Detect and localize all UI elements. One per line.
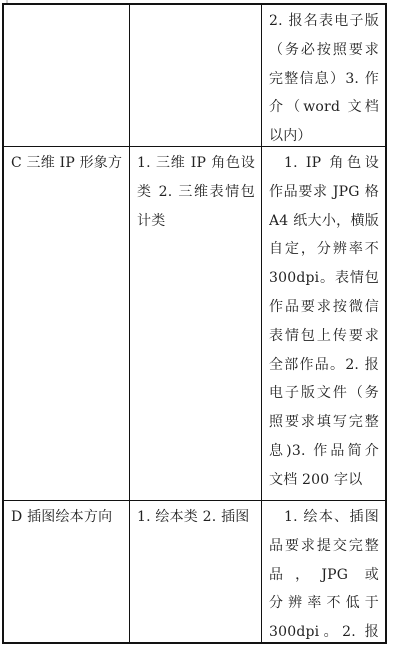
direction-label: C 三维 IP 形象方向: [11, 149, 123, 178]
text-line: 自定，分辨率不低于: [269, 235, 379, 264]
text-line: 作品要求按微信平台: [269, 293, 379, 322]
text-line: 2. 报名表电子版文件: [269, 7, 379, 36]
cell-categories-d: 1. 绘本类 2. 插图类: [130, 501, 262, 642]
text-line: 息)3. 作品简介(word: [269, 437, 379, 466]
text-line: 照要求填写完整信: [269, 408, 379, 437]
cell-direction-d: D 插图绘本方向: [4, 501, 130, 642]
text-line: 品要求提交完整作: [269, 532, 379, 561]
submission-requirements-table: 2. 报名表电子版文件 （务必按照要求填写 完整信息）3. 作品简 介（word…: [2, 3, 387, 644]
cell-requirements-d: 1. 绘本、插图作 品要求提交完整作 品，JPG 或 PNG 格式， 分辨率不低…: [262, 501, 385, 642]
cell-direction-continued: [4, 5, 130, 147]
text-line: 300dpi。2. 报名表电: [269, 618, 379, 642]
text-line: 品，JPG 或 PNG 格式，: [269, 561, 379, 590]
text-line: 全部作品。2. 报名表: [269, 351, 379, 380]
cell-direction-c: C 三维 IP 形象方向: [4, 147, 130, 501]
cell-requirements-c: 1. IP 角色设计 作品要求 JPG 格式， A4 纸大小，横版竖版 自定，分…: [262, 147, 385, 501]
cell-requirements-continued: 2. 报名表电子版文件 （务必按照要求填写 完整信息）3. 作品简 介（word…: [262, 5, 385, 147]
cell-categories-continued: [130, 5, 262, 147]
text-line: 完整信息）3. 作品简: [269, 65, 379, 94]
text-line: 1. 绘本类 2. 插图类: [137, 503, 255, 532]
text-line: 1. 绘本、插图作: [269, 503, 379, 532]
text-line: 作品要求 JPG 格式，: [269, 178, 379, 207]
text-line: 以内）: [269, 122, 379, 147]
text-line: 类 2. 三维表情包设: [137, 178, 255, 207]
text-line: 介（word 文档 200 字: [269, 93, 379, 122]
text-line: 电子版文件（务必按: [269, 379, 379, 408]
text-line: 1. 三维 IP 角色设计: [137, 149, 255, 178]
text-line: 1. IP 角色设计: [269, 149, 379, 178]
text-line: 表情包上传要求上交: [269, 322, 379, 351]
text-line: 计类: [137, 207, 255, 236]
text-line: 分辨率不低于: [269, 589, 379, 618]
direction-label: D 插图绘本方向: [11, 503, 123, 532]
text-line: 300dpi。表情包设计: [269, 264, 379, 293]
cell-categories-c: 1. 三维 IP 角色设计 类 2. 三维表情包设 计类: [130, 147, 262, 501]
text-line: 文档 200 字以内）: [269, 466, 379, 495]
text-line: A4 纸大小，横版竖版: [269, 207, 379, 236]
text-line: （务必按照要求填写: [269, 36, 379, 65]
